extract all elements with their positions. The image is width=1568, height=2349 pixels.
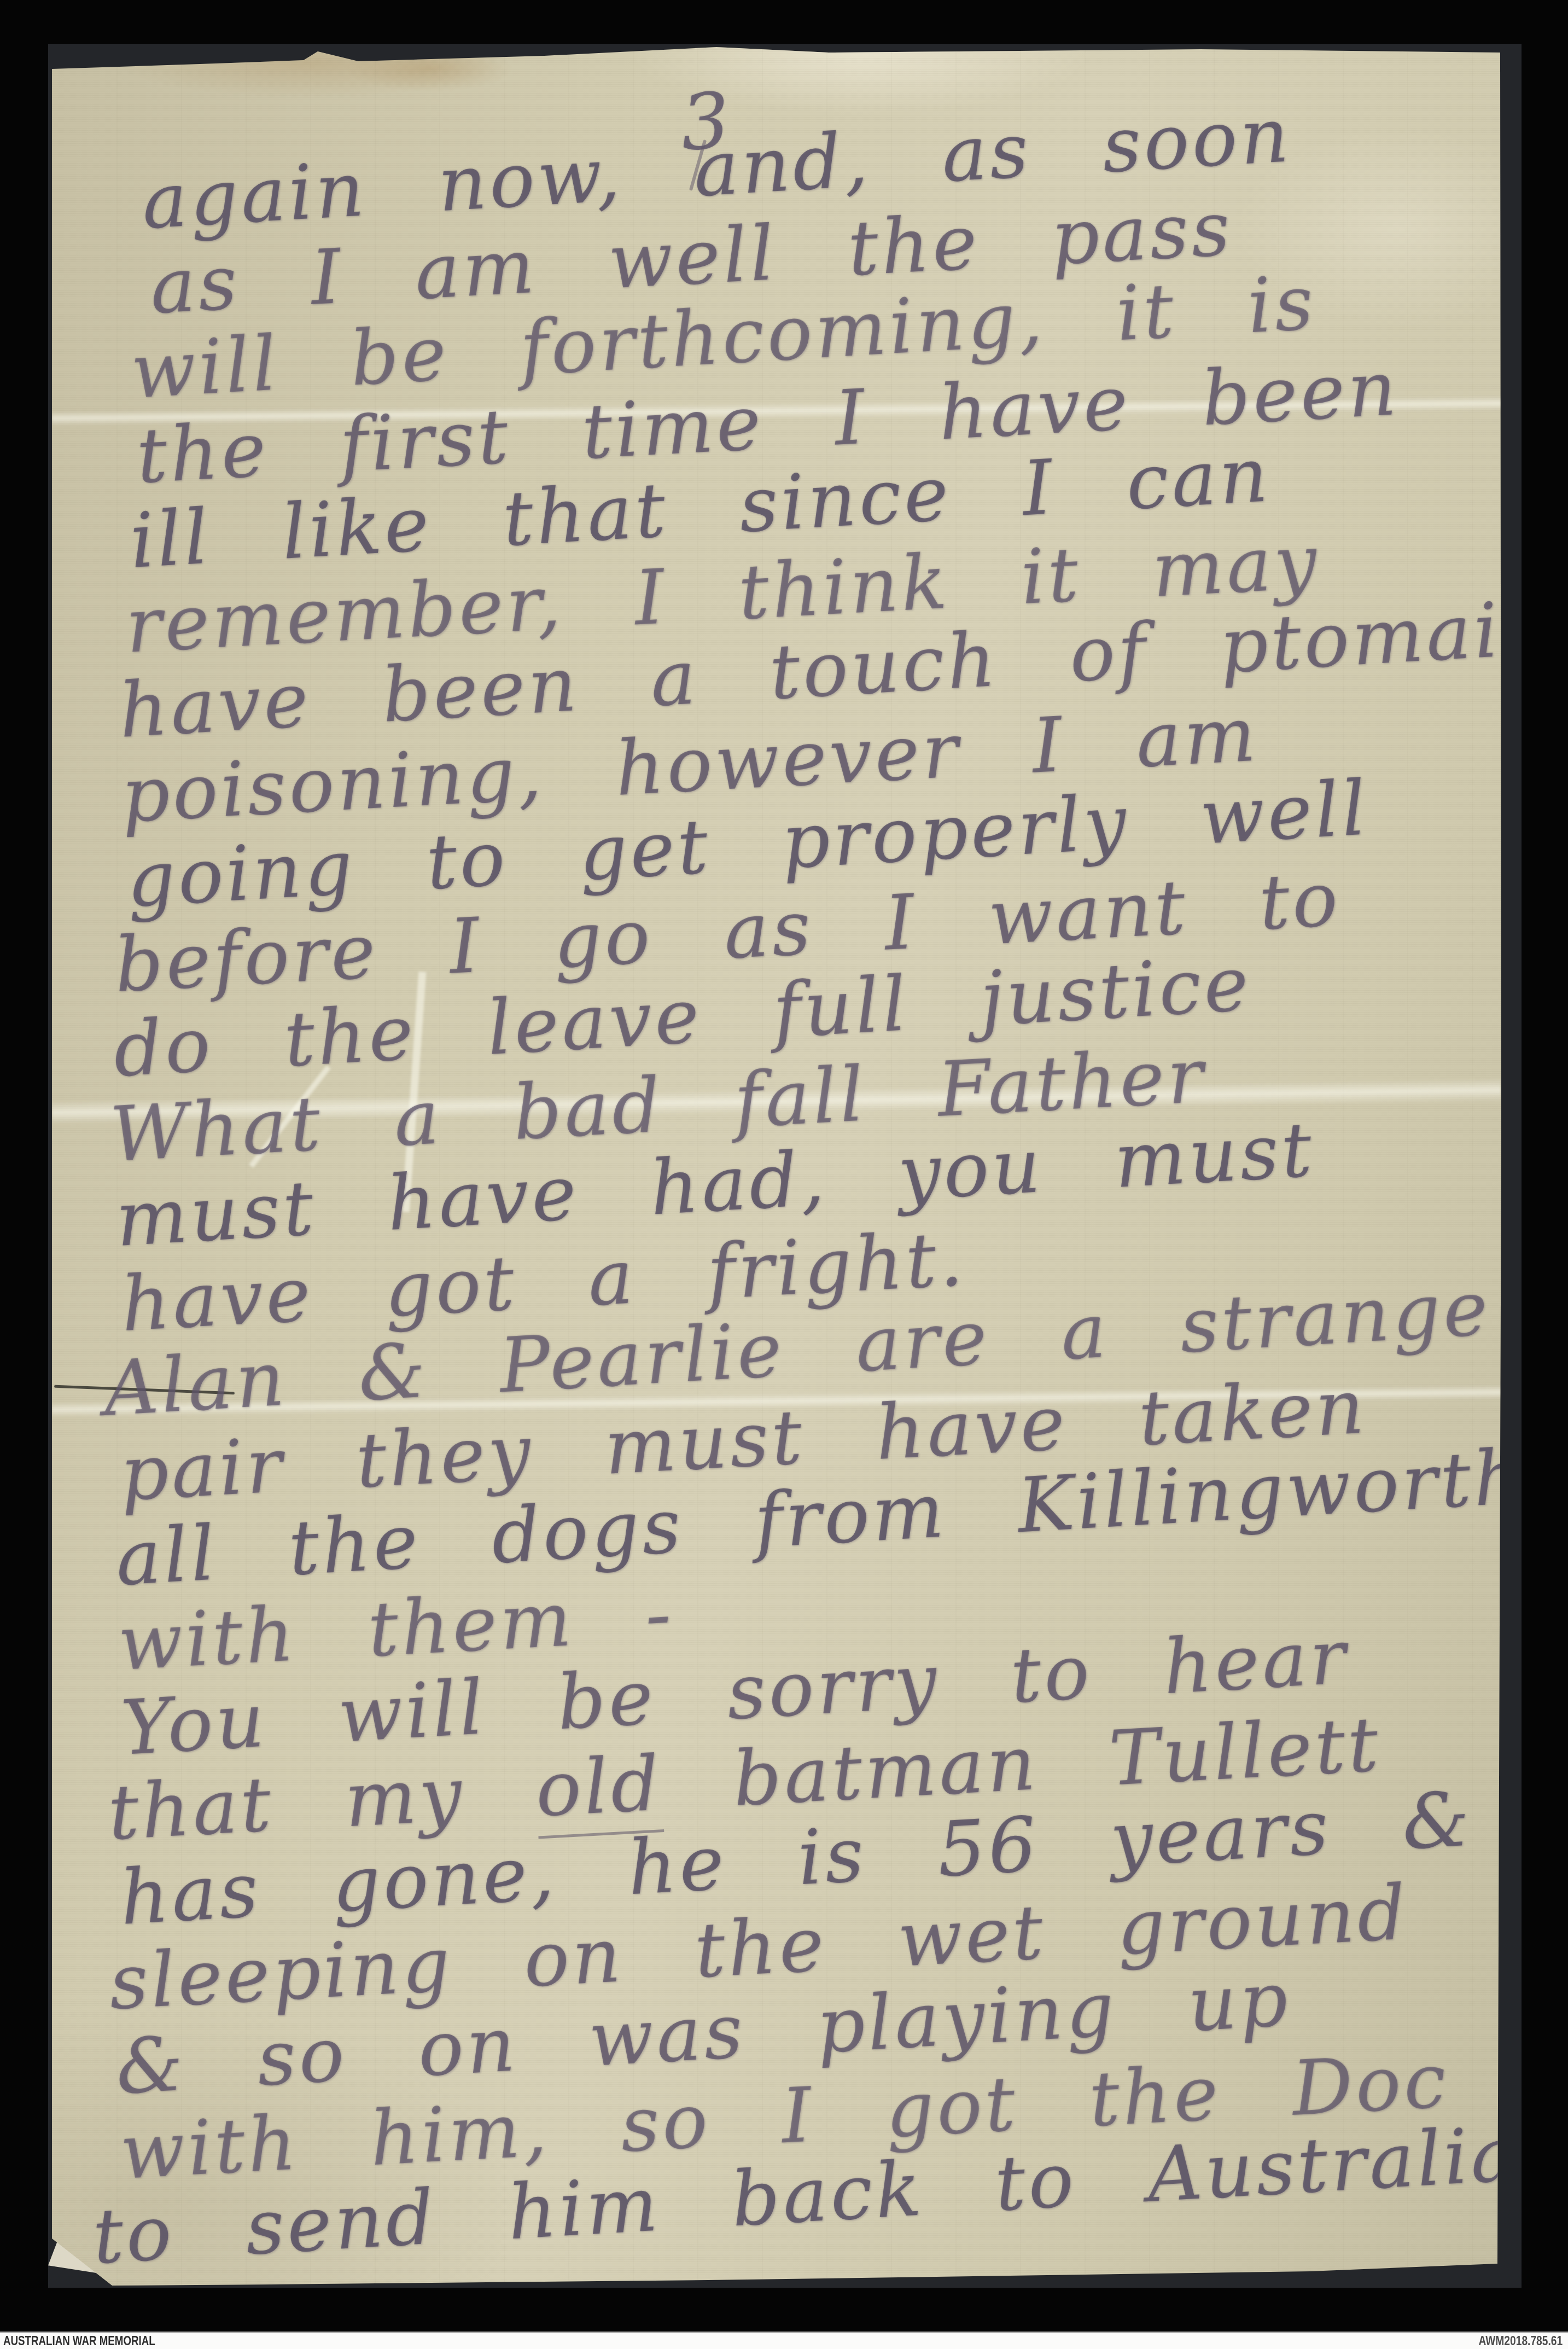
- archive-footer-bar: AUSTRALIAN WAR MEMORIAL AWM2018.785.61: [0, 2331, 1568, 2349]
- scan-background: 3 again now, and, as soon as I am well t…: [0, 0, 1568, 2349]
- archive-accession-number: AWM2018.785.61: [1478, 2334, 1563, 2349]
- handwritten-text: again now, and, as soon as I am well the…: [52, 47, 1501, 2286]
- letter-page: 3 again now, and, as soon as I am well t…: [52, 47, 1501, 2286]
- archive-name-label: AUSTRALIAN WAR MEMORIAL: [3, 2334, 155, 2349]
